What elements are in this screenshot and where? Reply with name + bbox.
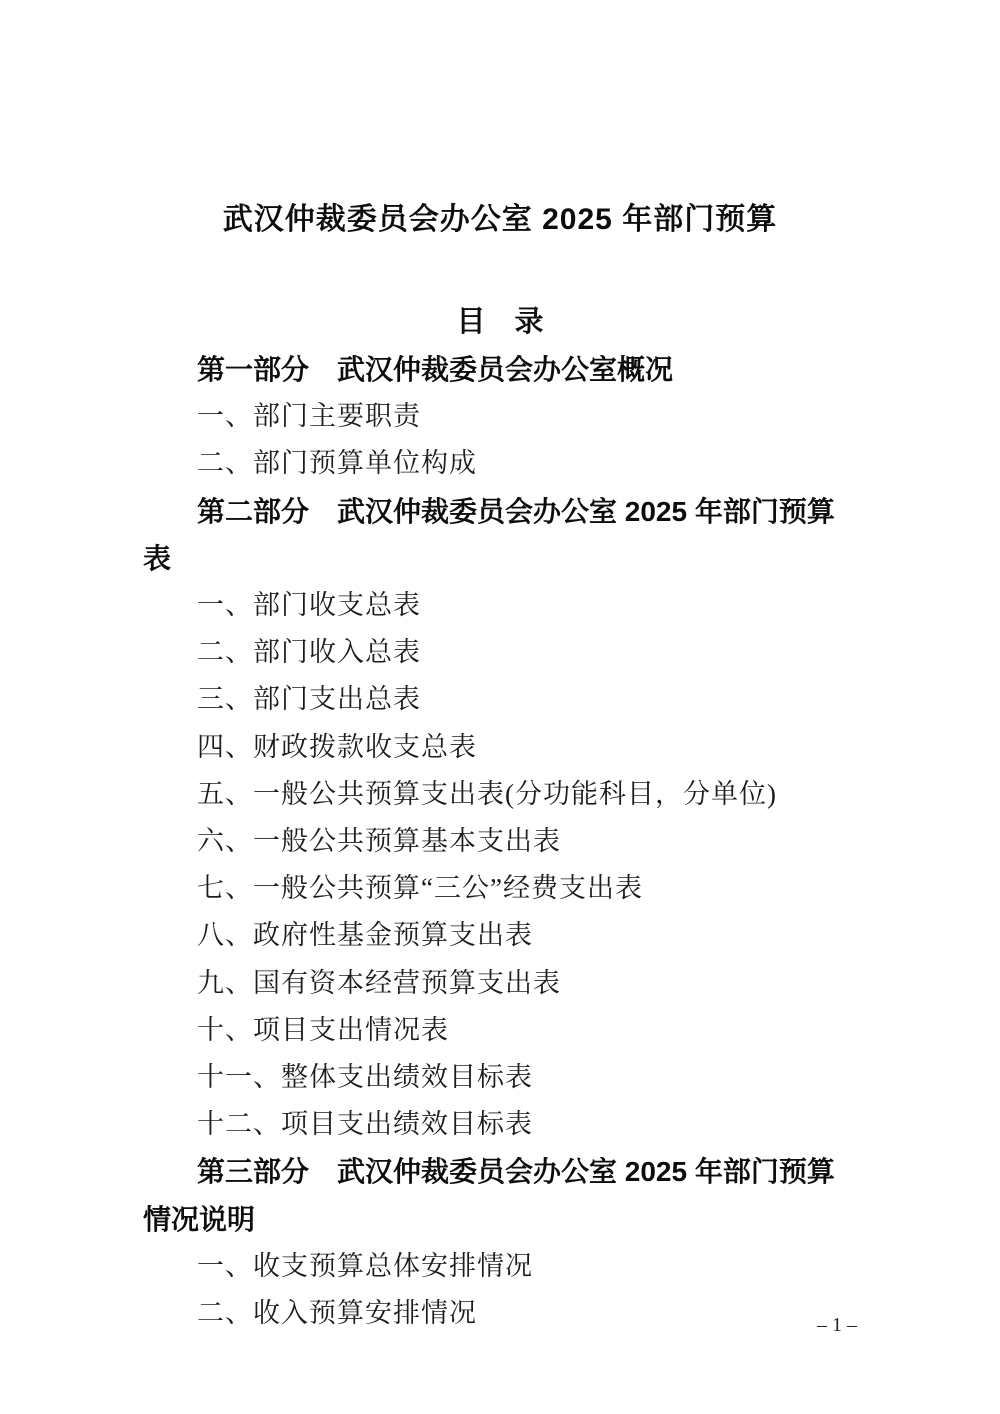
toc-entry: 十二、项目支出绩效目标表 — [143, 1101, 857, 1148]
toc-entry: 三、部门支出总表 — [143, 676, 857, 723]
toc-entry: 四、财政拨款收支总表 — [143, 724, 857, 771]
toc-entry: 八、政府性基金预算支出表 — [143, 912, 857, 959]
toc-entry: 一、部门主要职责 — [143, 393, 857, 440]
toc-entry: 五、一般公共预算支出表(分功能科目，分单位) — [143, 771, 857, 818]
toc-part-heading-3: 第三部分 武汉仲裁委员会办公室 2025 年部门预算情况说明 — [143, 1148, 857, 1242]
toc-entry: 七、一般公共预算“三公”经费支出表 — [143, 865, 857, 912]
document-title: 武汉仲裁委员会办公室 2025 年部门预算 — [0, 196, 1000, 244]
toc-entry: 二、收入预算安排情况 — [143, 1290, 857, 1337]
toc-entry: 十、项目支出情况表 — [143, 1007, 857, 1054]
toc-list: 第一部分 武汉仲裁委员会办公室概况 一、部门主要职责 二、部门预算单位构成 第二… — [143, 346, 857, 1337]
toc-heading: 目 录 — [0, 299, 1000, 346]
toc-entry: 一、部门收支总表 — [143, 582, 857, 629]
document-page: 武汉仲裁委员会办公室 2025 年部门预算 目 录 第一部分 武汉仲裁委员会办公… — [0, 0, 1000, 1414]
toc-entry: 二、部门预算单位构成 — [143, 440, 857, 487]
toc-entry: 九、国有资本经营预算支出表 — [143, 960, 857, 1007]
page-number: – 1 – — [817, 1312, 857, 1338]
toc-entry: 十一、整体支出绩效目标表 — [143, 1054, 857, 1101]
toc-part-heading-1: 第一部分 武汉仲裁委员会办公室概况 — [143, 346, 857, 393]
toc-entry: 一、收支预算总体安排情况 — [143, 1243, 857, 1290]
toc-entry: 二、部门收入总表 — [143, 629, 857, 676]
toc-entry: 六、一般公共预算基本支出表 — [143, 818, 857, 865]
toc-part-heading-2: 第二部分 武汉仲裁委员会办公室 2025 年部门预算表 — [143, 488, 857, 582]
